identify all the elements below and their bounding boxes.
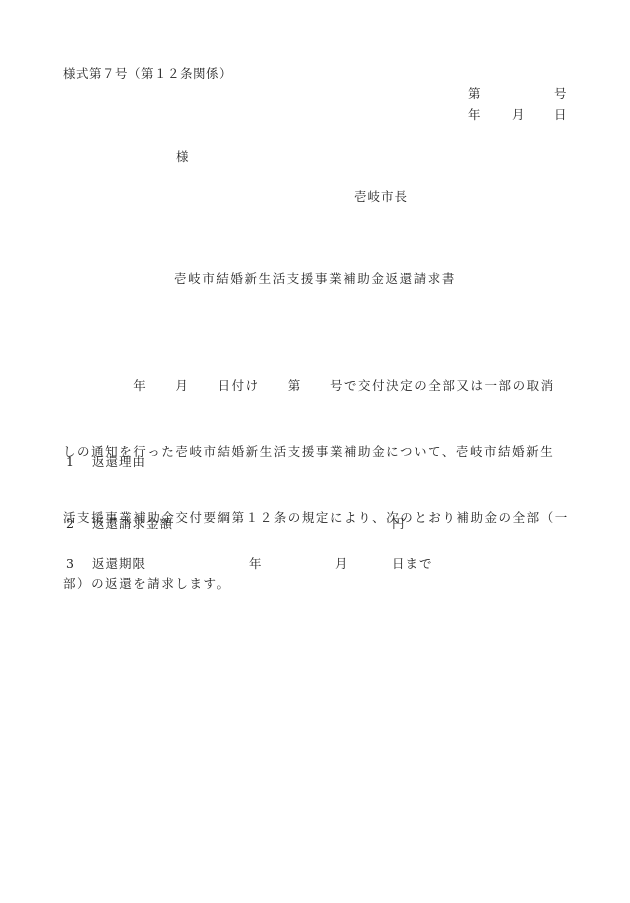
form-label: 様式第７号（第１２条関係） <box>63 66 232 82</box>
item-label-return-reason: 返還理由 <box>92 454 146 470</box>
item-number: 1 <box>66 454 74 470</box>
item-label-return-amount: 返還請求金額 <box>92 516 173 532</box>
currency-unit-label: 円 <box>392 516 405 532</box>
issuer-name: 壱岐市長 <box>354 189 408 205</box>
item-number: 3 <box>66 556 74 572</box>
deadline-day-label: 日まで <box>392 556 433 572</box>
document-title: 壱岐市結婚新生活支援事業補助金返還請求書 <box>174 271 456 287</box>
item-number: 2 <box>66 516 74 532</box>
date-day-label: 日 <box>554 107 567 123</box>
addressee-honorific: 様 <box>176 149 189 165</box>
deadline-year-label: 年 <box>249 556 262 572</box>
document-page: 様式第７号（第１２条関係） 第 号 年 月 日 様 壱岐市長 壱岐市結婚新生活支… <box>0 0 630 903</box>
date-year-label: 年 <box>468 107 481 123</box>
document-number-prefix: 第 <box>468 86 481 102</box>
body-line: 部）の返還を請求します。 <box>63 573 583 595</box>
date-month-label: 月 <box>512 107 525 123</box>
item-label-return-deadline: 返還期限 <box>92 556 146 572</box>
body-line: 年 月 日付け 第 号で交付決定の全部又は一部の取消 <box>63 375 583 397</box>
body-paragraph: 年 月 日付け 第 号で交付決定の全部又は一部の取消 しの通知を行った壱岐市結婚… <box>63 331 583 639</box>
document-number-suffix: 号 <box>554 86 567 102</box>
deadline-month-label: 月 <box>335 556 348 572</box>
